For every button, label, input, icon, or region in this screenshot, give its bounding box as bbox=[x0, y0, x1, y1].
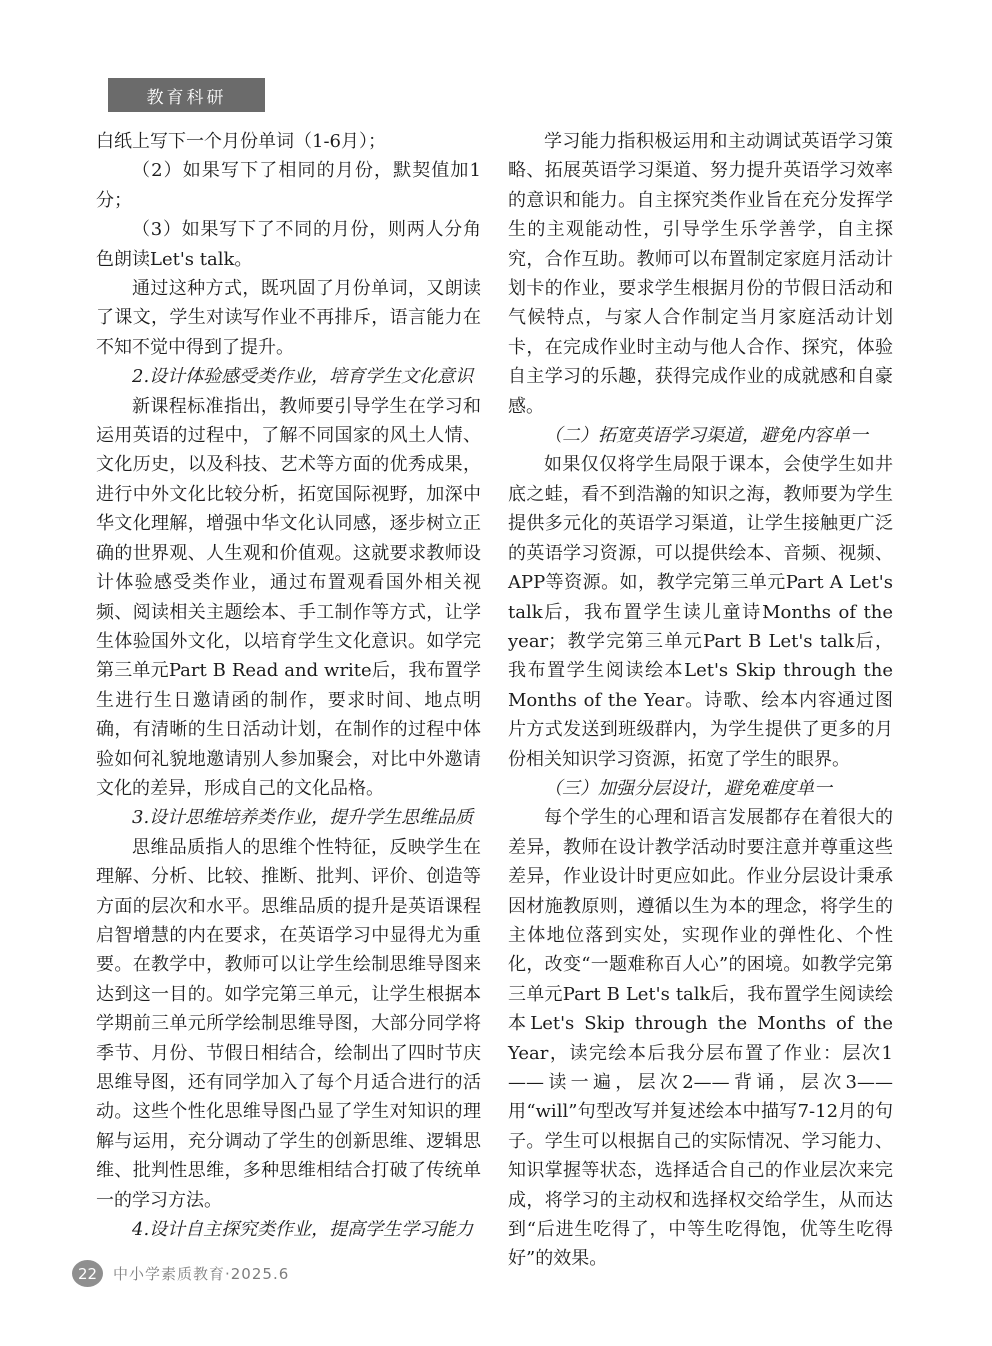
journal-page: 教育科研 白纸上写下一个月份单词（1-6月）； （2）如果写下了相同的月份，默契… bbox=[0, 0, 992, 1346]
subsection-heading: （二）拓宽英语学习渠道，避免内容单一 bbox=[508, 421, 893, 450]
paragraph: 学习能力指积极运用和主动调试英语学习策略、拓展英语学习渠道、努力提升英语学习效率… bbox=[508, 127, 893, 421]
journal-title: 中小学素质教育·2025.6 bbox=[113, 1263, 289, 1284]
page-footer: 22 中小学素质教育·2025.6 bbox=[72, 1260, 289, 1287]
paragraph: 白纸上写下一个月份单词（1-6月）； bbox=[96, 127, 481, 156]
right-column: 学习能力指积极运用和主动调试英语学习策略、拓展英语学习渠道、努力提升英语学习效率… bbox=[508, 127, 893, 1274]
paragraph: （2）如果写下了相同的月份，默契值加1分； bbox=[96, 156, 481, 215]
page-number-badge: 22 bbox=[72, 1260, 103, 1287]
section-badge: 教育科研 bbox=[108, 78, 265, 112]
left-column: 白纸上写下一个月份单词（1-6月）； （2）如果写下了相同的月份，默契值加1分；… bbox=[96, 127, 481, 1274]
paragraph: 如果仅仅将学生局限于课本，会使学生如井底之蛙，看不到浩瀚的知识之海，教师要为学生… bbox=[508, 450, 893, 773]
paragraph: （3）如果写下了不同的月份，则两人分角色朗读Let's talk。 bbox=[96, 215, 481, 274]
subsection-heading: （三）加强分层设计，避免难度单一 bbox=[508, 774, 893, 803]
article-body: 白纸上写下一个月份单词（1-6月）； （2）如果写下了相同的月份，默契值加1分；… bbox=[96, 127, 893, 1274]
paragraph: 每个学生的心理和语言发展都存在着很大的差异，教师在设计教学活动时要注意并尊重这些… bbox=[508, 803, 893, 1274]
subsection-heading: 2.设计体验感受类作业，培育学生文化意识 bbox=[96, 362, 481, 391]
paragraph: 新课程标准指出，教师要引导学生在学习和运用英语的过程中，了解不同国家的风土人情、… bbox=[96, 392, 481, 804]
subsection-heading: 4.设计自主探究类作业，提高学生学习能力 bbox=[96, 1215, 481, 1244]
paragraph: 通过这种方式，既巩固了月份单词，又朗读了课文，学生对读写作业不再排斥，语言能力在… bbox=[96, 274, 481, 362]
paragraph: 思维品质指人的思维个性特征，反映学生在理解、分析、比较、推断、批判、评价、创造等… bbox=[96, 833, 481, 1215]
section-badge-label: 教育科研 bbox=[147, 83, 227, 108]
subsection-heading: 3.设计思维培养类作业，提升学生思维品质 bbox=[96, 803, 481, 832]
